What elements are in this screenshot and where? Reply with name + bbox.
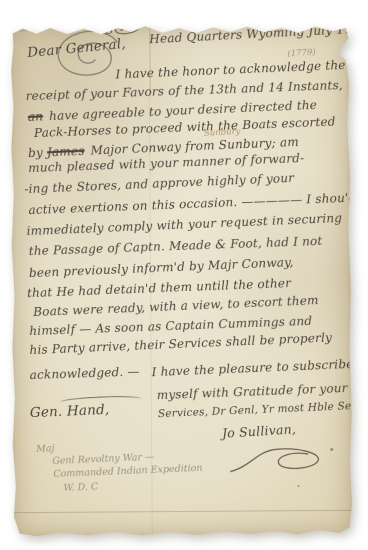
horizontal-fold-crease <box>13 510 353 513</box>
letter-heading: Head Quarters Wyoming July 17 <box>149 23 352 45</box>
addressee: Gen. Hand, <box>30 404 110 421</box>
letter-paper-wrap: 65b G124 Head Quarters Wyoming July 17 (… <box>9 23 353 537</box>
pencil-docket-line: W. D. C <box>63 482 98 493</box>
line-prefix: by <box>28 145 43 160</box>
manuscript-line: been previously inform'd by Majr Conway, <box>29 256 294 279</box>
pencil-docket-line: Maj <box>36 444 55 455</box>
photo-background: 65b G124 Head Quarters Wyoming July 17 (… <box>0 0 368 550</box>
manuscript-line: -ing the Stores, and approve highly of y… <box>24 172 294 195</box>
signature: Jo Sullivan, <box>222 423 297 440</box>
signature-flourish <box>226 441 328 474</box>
paper-speck <box>330 448 333 451</box>
closing-line: myself with Gratitude for your <box>157 382 348 401</box>
struck-name: James <box>47 144 85 160</box>
letter-page: 65b G124 Head Quarters Wyoming July 17 (… <box>9 23 353 537</box>
paper-speck <box>297 485 299 487</box>
year-pencil-note: (1779) <box>287 49 316 59</box>
manuscript-line: acknowledged. — <box>29 365 139 381</box>
manuscript-line: immediately comply with your request in … <box>26 212 342 237</box>
manuscript-line: the Passage of Captn. Meade & Foot, had … <box>29 235 323 257</box>
closing-line: Services, Dr Genl, Yr most Hble Servt <box>158 400 368 419</box>
struck-word: an <box>28 109 44 124</box>
corner-pencil-mark: 65b <box>18 23 34 33</box>
closing-line: I have the pleasure to subscribe <box>151 358 353 378</box>
pencil-docket-line: Commanded Indian Expedition <box>53 464 202 480</box>
docket-letter: G <box>104 25 115 38</box>
